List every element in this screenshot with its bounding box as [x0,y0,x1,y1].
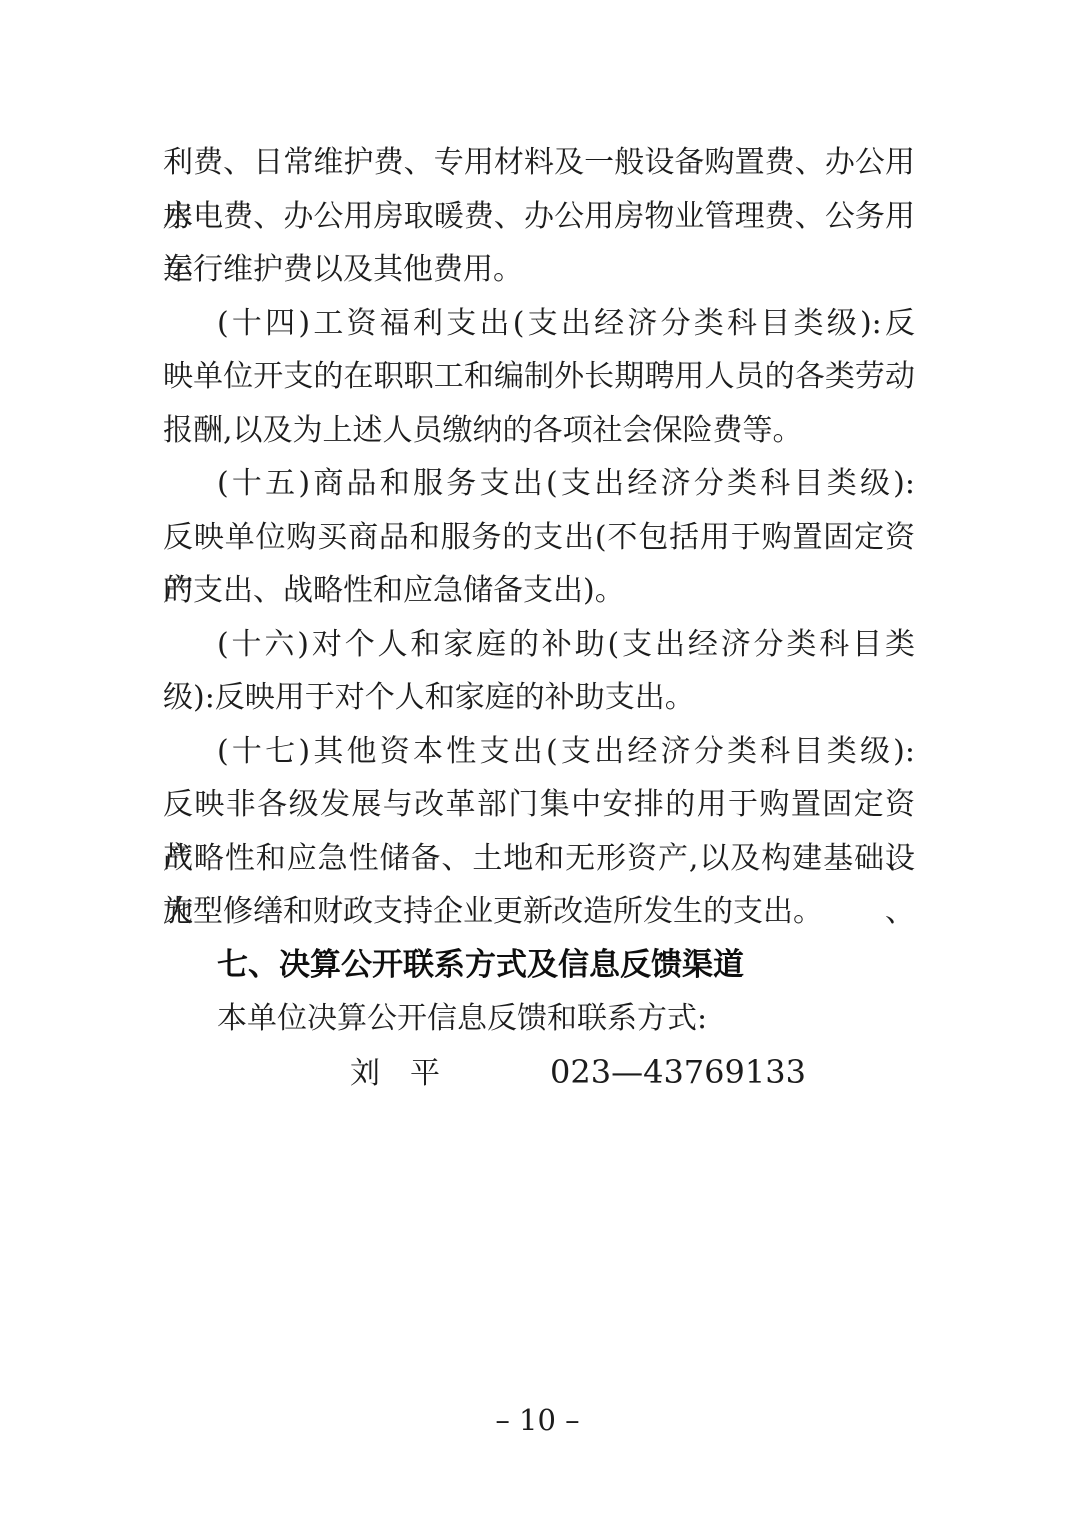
contact-line: 刘 平 023—43769133 [163,1046,915,1100]
document-body: 利费、日常维护费、专用材料及一般设备购置费、办公用房水电费、办公用房取暖费、办公… [163,136,915,1099]
text-line: (十四)工资福利支出(支出经济分类科目类级):反 [163,297,915,351]
text-line: 反映非各级发展与改革部门集中安排的用于购置固定资产、 [163,778,915,832]
text-line: 级):反映用于对个人和家庭的补助支出。 [163,671,915,725]
text-line: (十七)其他资本性支出(支出经济分类科目类级): [163,725,915,779]
text-line: 映单位开支的在职职工和编制外长期聘用人员的各类劳动 [163,350,915,404]
contact-name: 刘 平 [350,1047,440,1101]
text-line: 反映单位购买商品和服务的支出(不包括用于购置固定资产 [163,511,915,565]
contact-phone: 023—43769133 [550,1046,806,1100]
text-line: 本单位决算公开信息反馈和联系方式: [163,992,915,1046]
document-page: { "colors": { "background": "#ffffff", "… [0,0,1075,1520]
paragraph-lines: 利费、日常维护费、专用材料及一般设备购置费、办公用房水电费、办公用房取暖费、办公… [163,136,915,1046]
text-line: 利费、日常维护费、专用材料及一般设备购置费、办公用房 [163,136,915,190]
text-line: 战略性和应急性储备、土地和无形资产,以及构建基础设施、 [163,832,915,886]
section-heading: 七、决算公开联系方式及信息反馈渠道 [163,939,915,993]
text-line: 的支出、战略性和应急储备支出)。 [163,564,915,618]
text-line: (十五)商品和服务支出(支出经济分类科目类级): [163,457,915,511]
text-line: 大型修缮和财政支持企业更新改造所发生的支出。 [163,885,915,939]
page-number: – 10 – [0,1406,1075,1435]
text-line: 报酬,以及为上述人员缴纳的各项社会保险费等。 [163,404,915,458]
text-line: 水电费、办公用房取暖费、办公用房物业管理费、公务用车 [163,190,915,244]
text-line: 运行维护费以及其他费用。 [163,243,915,297]
text-line: (十六)对个人和家庭的补助(支出经济分类科目类 [163,618,915,672]
